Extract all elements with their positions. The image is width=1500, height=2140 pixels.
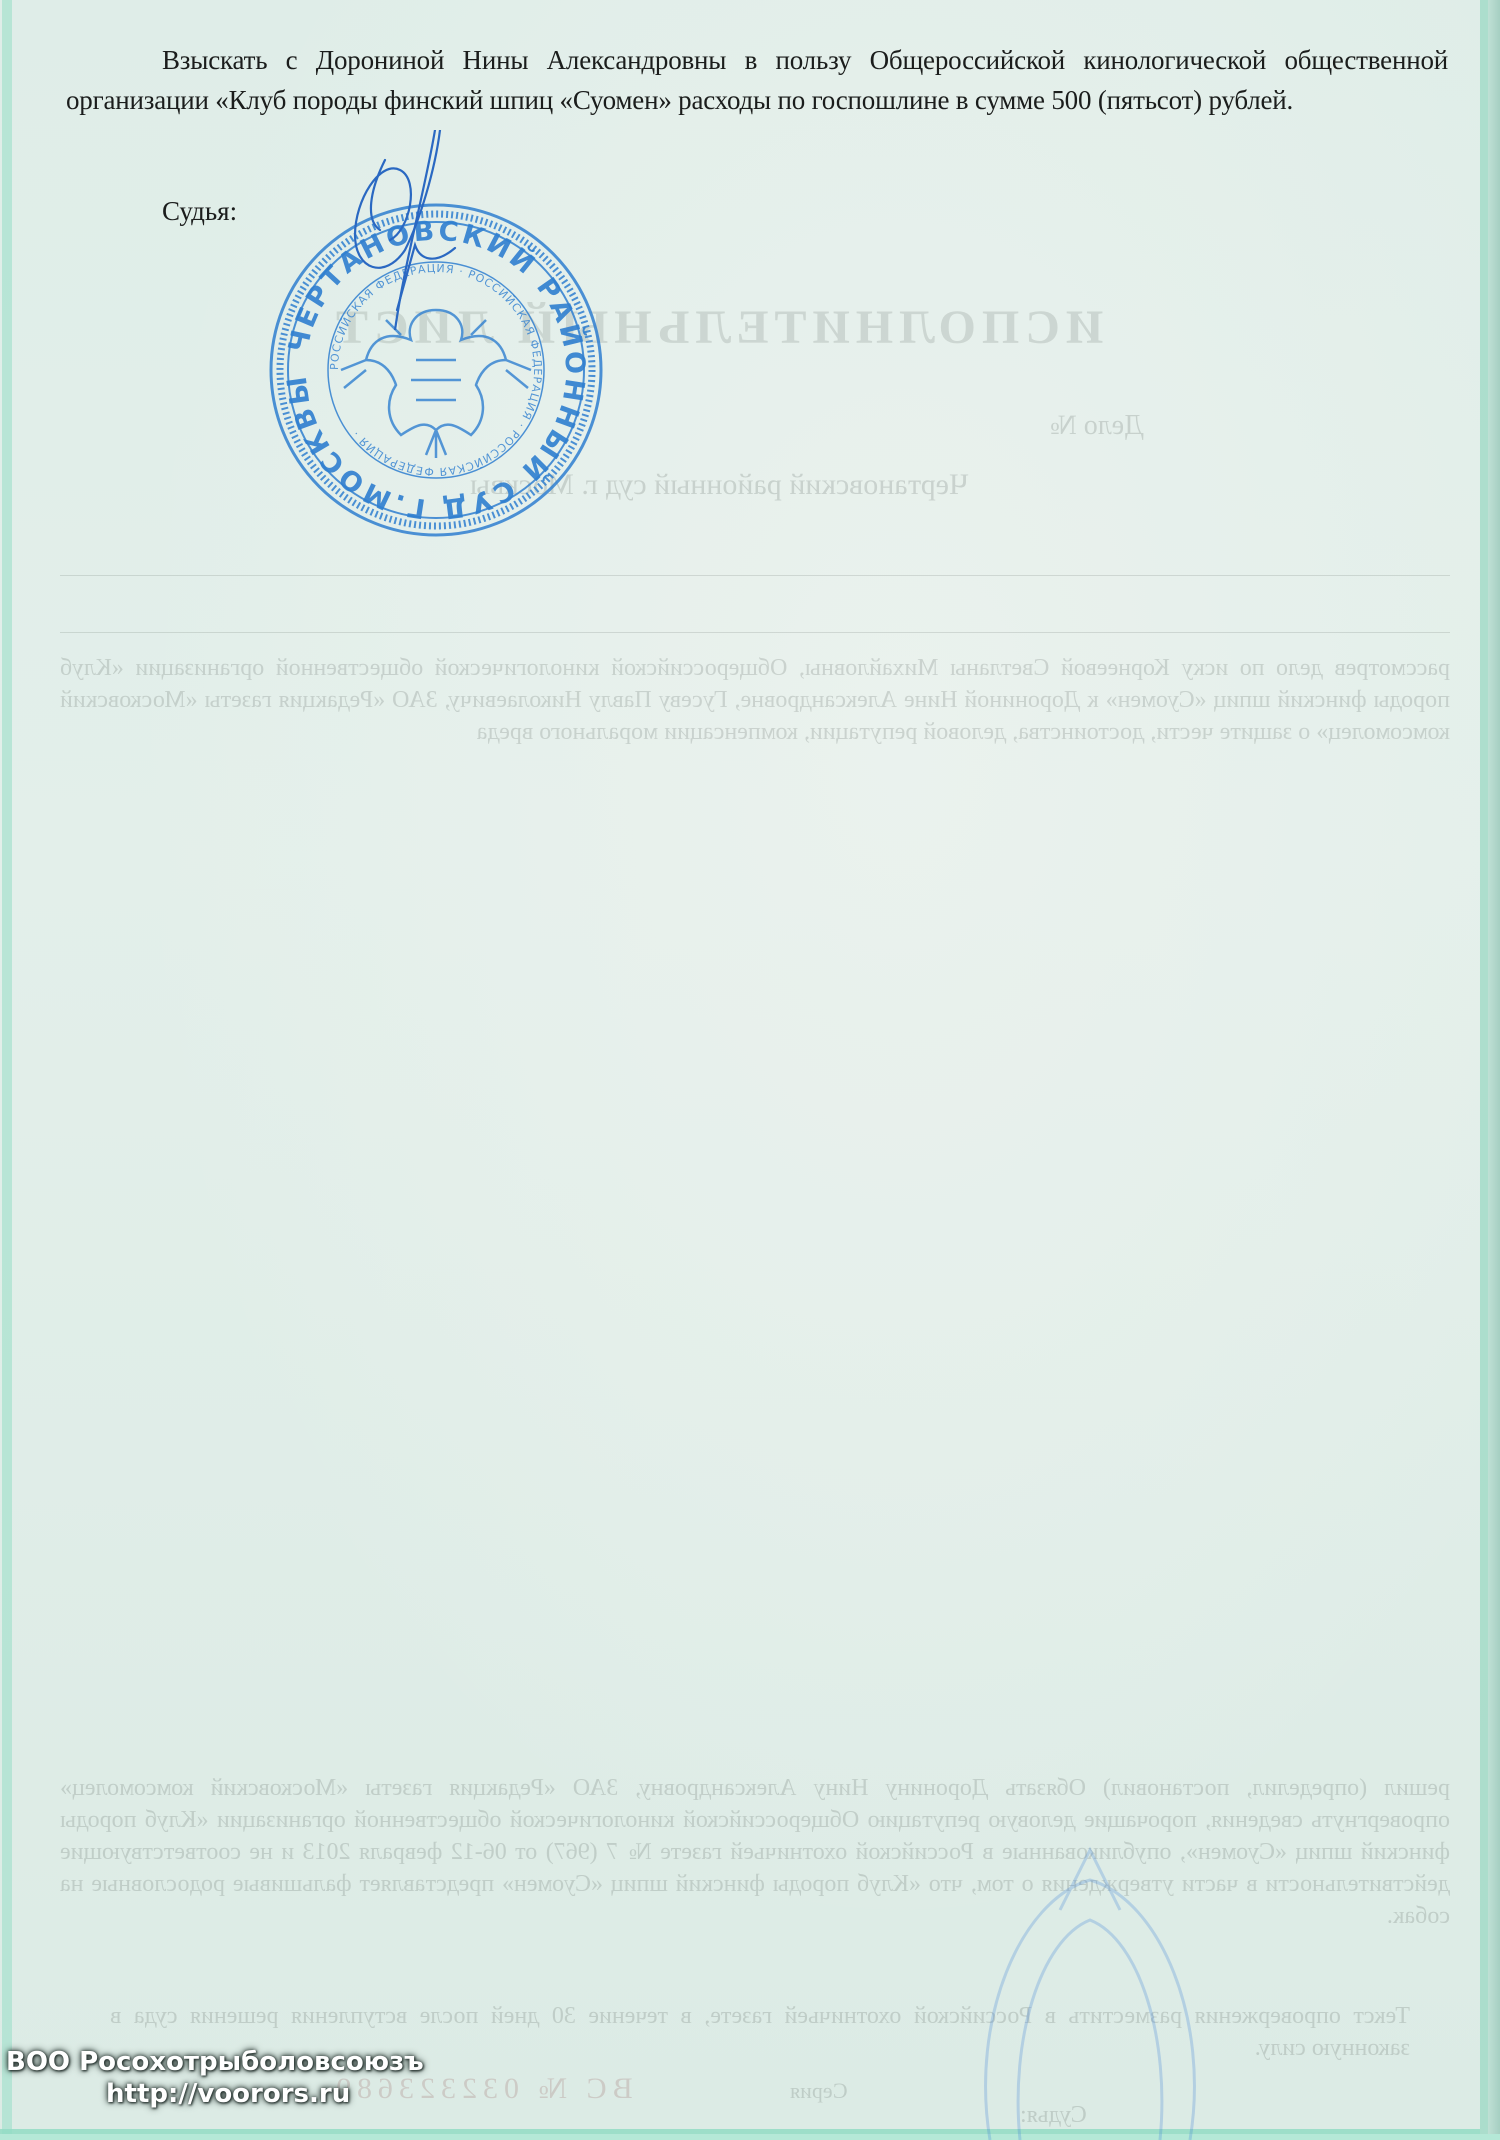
- site-watermark: ВОО Росохотрыболовсоюзъ http://voorors.r…: [6, 2046, 424, 2110]
- form-border-right: [1480, 0, 1488, 2140]
- reverse-case-label: Дело №: [1050, 410, 1144, 442]
- watermark-url: http://voorors.ru: [6, 2078, 424, 2110]
- reverse-rule: [60, 575, 1450, 576]
- watermark-org: ВОО Росохотрыболовсоюзъ: [6, 2047, 424, 2077]
- reverse-rule: [60, 632, 1450, 633]
- reverse-block-1: рассмотрев дело по иску Корнеевой Светла…: [60, 652, 1450, 748]
- reverse-stamp-icon: [930, 1820, 1250, 2140]
- page-edge-shadow: [1488, 0, 1500, 2140]
- reverse-series-label: Серия: [790, 2078, 848, 2104]
- form-border-bottom-band: [0, 2134, 1500, 2140]
- document-page: ИСПОЛНИТЕЛЬНЫЙ ЛИСТ Дело № Чертановский …: [0, 0, 1500, 2140]
- form-border-bottom: [0, 2129, 1480, 2134]
- form-border-left: [2, 0, 12, 2140]
- ruling-paragraph: Взыскать с Дорониной Нины Александровны …: [66, 40, 1448, 120]
- judge-signature-icon: [325, 130, 475, 330]
- judge-label: Судья:: [162, 196, 237, 227]
- ruling-text: Взыскать с Дорониной Нины Александровны …: [66, 45, 1448, 115]
